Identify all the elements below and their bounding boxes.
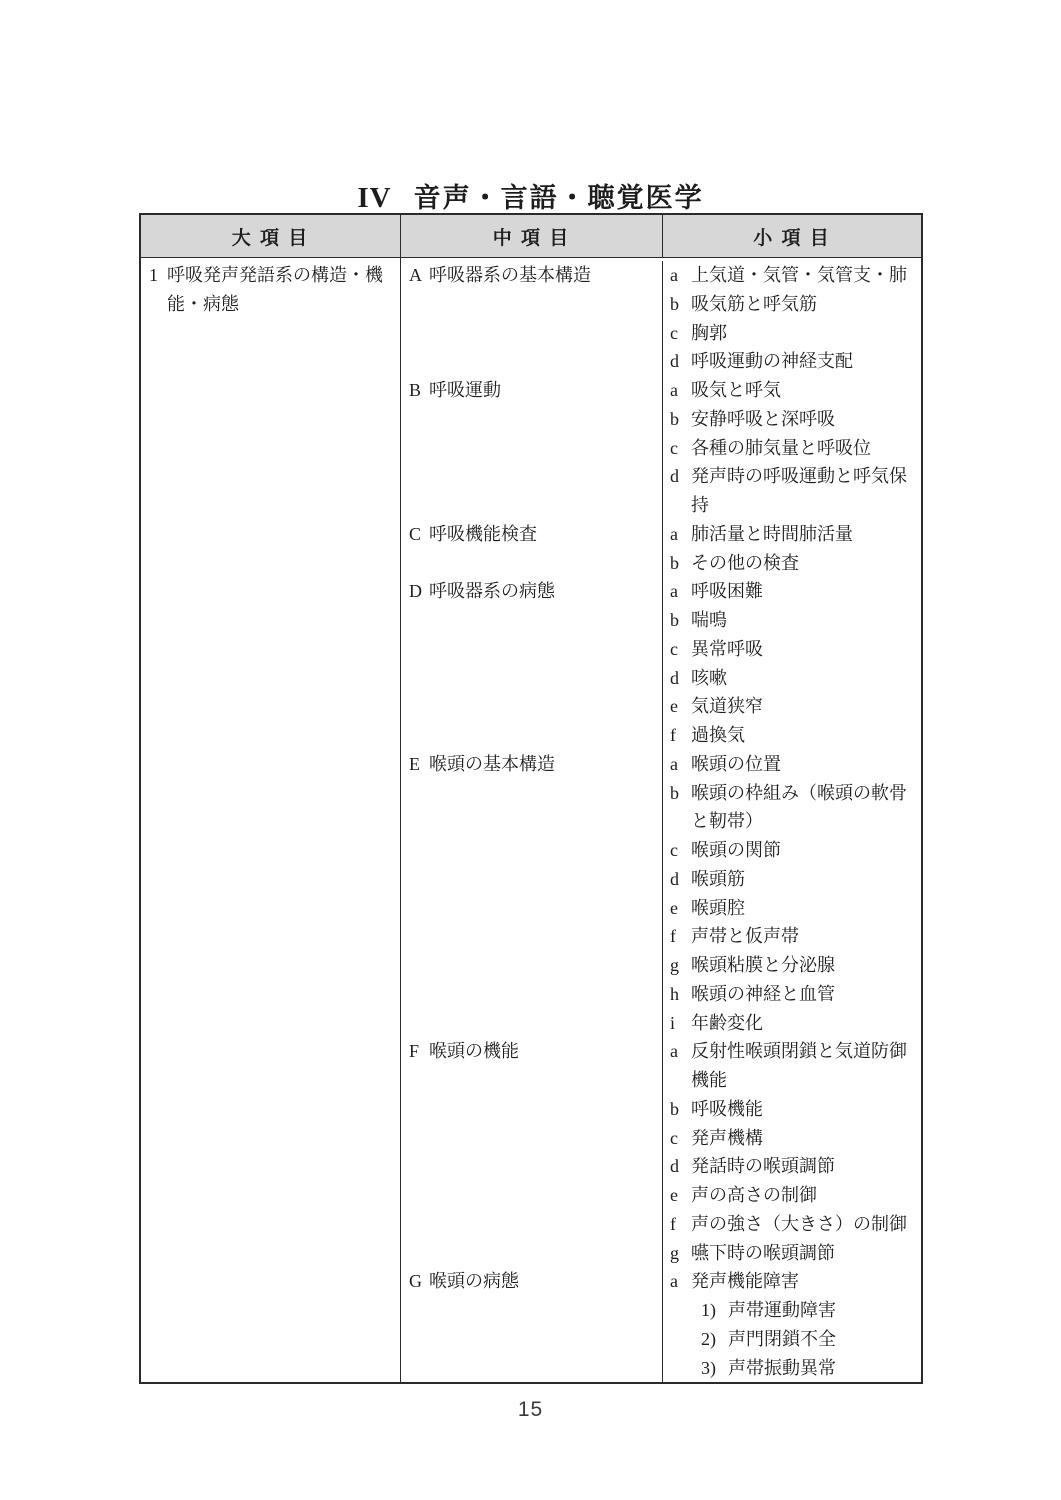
item-tag: g (670, 951, 691, 980)
item-text: 喉頭の関節 (691, 836, 781, 865)
middle-item-cell: A 呼吸器系の基本構造 (401, 261, 663, 376)
item-text: 気道狭窄 (691, 692, 763, 721)
group-E: E 喉頭の基本構造 a喉頭の位置 b喉頭の枠組み（喉頭の軟骨 と靭帯） c喉頭の… (401, 750, 921, 1038)
minor-item: e気道狭窄 (670, 692, 919, 721)
minor-item: a喉頭の位置 (670, 750, 919, 779)
item-text: 喉頭の神経と血管 (691, 980, 835, 1009)
item-text: 喉頭の枠組み（喉頭の軟骨 と靭帯） (691, 779, 907, 837)
item-tag: d (670, 865, 691, 894)
minor-item: c喉頭の関節 (670, 836, 919, 865)
minor-item: i年齢変化 (670, 1009, 919, 1038)
item-tag: c (670, 836, 691, 865)
middle-item-label: 喉頭の基本構造 (429, 750, 555, 779)
item-tag: e (670, 894, 691, 923)
minor-item-cell: a発声機能障害 1)声帯運動障害 2)声門閉鎖不全 3)声帯振動異常 (663, 1267, 921, 1382)
minor-item: a上気道・気管・気管支・肺 (670, 261, 919, 290)
item-text: 喘鳴 (691, 606, 727, 635)
item-tag: a (670, 1037, 691, 1095)
item-tag: f (670, 721, 691, 750)
group-A: A 呼吸器系の基本構造 a上気道・気管・気管支・肺 b吸気筋と呼気筋 c胸郭 d… (401, 261, 921, 376)
item-text: 喉頭粘膜と分泌腺 (691, 951, 835, 980)
minor-item: d発声時の呼吸運動と呼気保 持 (670, 462, 919, 520)
item-text: 呼吸困難 (691, 577, 763, 606)
item-tag: 2) (701, 1325, 728, 1354)
minor-subitem: 1)声帯運動障害 (701, 1296, 919, 1325)
item-text: 吸気筋と呼気筋 (691, 290, 817, 319)
item-tag: b (670, 1095, 691, 1124)
item-tag: 3) (701, 1354, 728, 1383)
item-text: 胸郭 (691, 319, 727, 348)
major-item-number: 1 (149, 261, 167, 319)
item-tag: e (670, 1181, 691, 1210)
middle-item: B 呼吸運動 (409, 376, 658, 405)
item-text: 肺活量と時間肺活量 (691, 520, 853, 549)
item-tag: a (670, 376, 691, 405)
item-tag: d (670, 1152, 691, 1181)
item-tag: c (670, 434, 691, 463)
minor-item: g喉頭粘膜と分泌腺 (670, 951, 919, 980)
item-text: 発声機能障害 (691, 1267, 799, 1296)
minor-item: d喉頭筋 (670, 865, 919, 894)
middle-item-label: 呼吸器系の基本構造 (429, 261, 591, 290)
item-tag: b (670, 405, 691, 434)
page-number: 15 (0, 1398, 1061, 1422)
minor-item-cell: a上気道・気管・気管支・肺 b吸気筋と呼気筋 c胸郭 d呼吸運動の神経支配 (663, 261, 921, 376)
minor-item: a吸気と呼気 (670, 376, 919, 405)
table-body: 1 呼吸発声発語系の構造・機 能・病態 A 呼吸器系の基本構造 a上気道・気管・… (141, 258, 921, 1382)
item-tag: d (670, 664, 691, 693)
minor-item: e喉頭腔 (670, 894, 919, 923)
minor-item: f声帯と仮声帯 (670, 922, 919, 951)
item-tag: a (670, 520, 691, 549)
minor-item: c各種の肺気量と呼吸位 (670, 434, 919, 463)
minor-item: b呼吸機能 (670, 1095, 919, 1124)
minor-item: f過換気 (670, 721, 919, 750)
middle-item: D 呼吸器系の病態 (409, 577, 658, 606)
header-middle: 中 項 目 (401, 215, 663, 257)
item-text: 異常呼吸 (691, 635, 763, 664)
item-text: 声帯振動異常 (728, 1354, 836, 1383)
header-major: 大 項 目 (141, 215, 401, 257)
middle-item-cell: C 呼吸機能検査 (401, 520, 663, 578)
minor-item: b喘鳴 (670, 606, 919, 635)
minor-item: bその他の検査 (670, 549, 919, 578)
minor-item: a肺活量と時間肺活量 (670, 520, 919, 549)
middle-item-label: 呼吸器系の病態 (429, 577, 555, 606)
group-list: A 呼吸器系の基本構造 a上気道・気管・気管支・肺 b吸気筋と呼気筋 c胸郭 d… (401, 258, 921, 1382)
item-tag: a (670, 261, 691, 290)
item-text: 呼吸機能 (691, 1095, 763, 1124)
minor-item: c発声機構 (670, 1124, 919, 1153)
group-G: G 喉頭の病態 a発声機能障害 1)声帯運動障害 2)声門閉鎖不全 3)声帯振動… (401, 1267, 921, 1382)
minor-item: b喉頭の枠組み（喉頭の軟骨 と靭帯） (670, 779, 919, 837)
item-text: 発声時の呼吸運動と呼気保 持 (691, 462, 907, 520)
minor-item-cell: a肺活量と時間肺活量 bその他の検査 (663, 520, 921, 578)
minor-item: h喉頭の神経と血管 (670, 980, 919, 1009)
item-tag: b (670, 549, 691, 578)
item-text: 呼吸運動の神経支配 (691, 347, 853, 376)
middle-item-cell: B 呼吸運動 (401, 376, 663, 520)
middle-item-cell: F 喉頭の機能 (401, 1037, 663, 1267)
middle-item: C 呼吸機能検査 (409, 520, 658, 549)
item-text: 安静呼吸と深呼吸 (691, 405, 835, 434)
item-text: 年齢変化 (691, 1009, 763, 1038)
major-item-label: 呼吸発声発語系の構造・機 能・病態 (167, 261, 383, 319)
item-tag: c (670, 319, 691, 348)
minor-item: f声の強さ（大きさ）の制御 (670, 1210, 919, 1239)
minor-item: d発話時の喉頭調節 (670, 1152, 919, 1181)
minor-item-cell: a呼吸困難 b喘鳴 c異常呼吸 d咳嗽 e気道狭窄 f過換気 (663, 577, 921, 750)
table-header-row: 大 項 目 中 項 目 小 項 目 (141, 215, 921, 258)
minor-item: c異常呼吸 (670, 635, 919, 664)
group-C: C 呼吸機能検査 a肺活量と時間肺活量 bその他の検査 (401, 520, 921, 578)
middle-item-tag: D (409, 577, 429, 606)
item-tag: f (670, 922, 691, 951)
group-D: D 呼吸器系の病態 a呼吸困難 b喘鳴 c異常呼吸 d咳嗽 e気道狭窄 f過換気 (401, 577, 921, 750)
minor-item-cell: a喉頭の位置 b喉頭の枠組み（喉頭の軟骨 と靭帯） c喉頭の関節 d喉頭筋 e喉… (663, 750, 921, 1038)
item-tag: h (670, 980, 691, 1009)
item-tag: b (670, 606, 691, 635)
minor-item-cell: a反射性喉頭閉鎖と気道防御 機能 b呼吸機能 c発声機構 d発話時の喉頭調節 e… (663, 1037, 921, 1267)
item-text: 喉頭の位置 (691, 750, 781, 779)
middle-item-label: 喉頭の病態 (429, 1267, 519, 1296)
item-text: 反射性喉頭閉鎖と気道防御 機能 (691, 1037, 907, 1095)
item-tag: c (670, 1124, 691, 1153)
curriculum-table: 大 項 目 中 項 目 小 項 目 1 呼吸発声発語系の構造・機 能・病態 A … (139, 213, 923, 1384)
major-item-cell: 1 呼吸発声発語系の構造・機 能・病態 (141, 258, 401, 1382)
middle-item-cell: E 喉頭の基本構造 (401, 750, 663, 1038)
item-tag: b (670, 779, 691, 837)
middle-item: G 喉頭の病態 (409, 1267, 658, 1296)
middle-item-tag: C (409, 520, 429, 549)
minor-item: b吸気筋と呼気筋 (670, 290, 919, 319)
minor-item: e声の高さの制御 (670, 1181, 919, 1210)
item-text: 声門閉鎖不全 (728, 1325, 836, 1354)
major-item: 1 呼吸発声発語系の構造・機 能・病態 (149, 261, 396, 319)
item-text: 声の強さ（大きさ）の制御 (691, 1210, 907, 1239)
item-tag: a (670, 1267, 691, 1296)
middle-item-cell: G 喉頭の病態 (401, 1267, 663, 1382)
title-numeral: IV (357, 182, 391, 214)
item-text: 発声機構 (691, 1124, 763, 1153)
item-text: 吸気と呼気 (691, 376, 781, 405)
item-tag: f (670, 1210, 691, 1239)
page-title: IV音声・言語・聴覚医学 (0, 176, 1061, 215)
item-text: 喉頭腔 (691, 894, 745, 923)
middle-item-tag: G (409, 1267, 429, 1296)
item-text: 喉頭筋 (691, 865, 745, 894)
minor-item: a反射性喉頭閉鎖と気道防御 機能 (670, 1037, 919, 1095)
item-tag: d (670, 462, 691, 520)
minor-item: a発声機能障害 (670, 1267, 919, 1296)
middle-item-tag: E (409, 750, 429, 779)
middle-item-cell: D 呼吸器系の病態 (401, 577, 663, 750)
minor-item: b安静呼吸と深呼吸 (670, 405, 919, 434)
item-text: 咳嗽 (691, 664, 727, 693)
group-B: B 呼吸運動 a吸気と呼気 b安静呼吸と深呼吸 c各種の肺気量と呼吸位 d発声時… (401, 376, 921, 520)
document-page: IV音声・言語・聴覚医学 大 項 目 中 項 目 小 項 目 1 呼吸発声発語系… (0, 0, 1061, 1500)
middle-item-tag: F (409, 1037, 429, 1066)
item-text: 発話時の喉頭調節 (691, 1152, 835, 1181)
item-tag: i (670, 1009, 691, 1038)
item-text: 嚥下時の喉頭調節 (691, 1239, 835, 1268)
middle-item-tag: A (409, 261, 429, 290)
header-minor: 小 項 目 (663, 215, 921, 257)
item-text: 過換気 (691, 721, 745, 750)
minor-subitem: 3)声帯振動異常 (701, 1354, 919, 1383)
item-text: 上気道・気管・気管支・肺 (691, 261, 907, 290)
minor-item: a呼吸困難 (670, 577, 919, 606)
item-tag: b (670, 290, 691, 319)
item-tag: d (670, 347, 691, 376)
middle-item-label: 呼吸運動 (429, 376, 501, 405)
group-F: F 喉頭の機能 a反射性喉頭閉鎖と気道防御 機能 b呼吸機能 c発声機構 d発話… (401, 1037, 921, 1267)
item-tag: g (670, 1239, 691, 1268)
title-text: 音声・言語・聴覚医学 (414, 183, 704, 213)
middle-item-label: 喉頭の機能 (429, 1037, 519, 1066)
minor-item: g嚥下時の喉頭調節 (670, 1239, 919, 1268)
middle-item: A 呼吸器系の基本構造 (409, 261, 658, 290)
item-tag: a (670, 577, 691, 606)
minor-item: d呼吸運動の神経支配 (670, 347, 919, 376)
minor-item-cell: a吸気と呼気 b安静呼吸と深呼吸 c各種の肺気量と呼吸位 d発声時の呼吸運動と呼… (663, 376, 921, 520)
item-text: 声帯運動障害 (728, 1296, 836, 1325)
minor-item: c胸郭 (670, 319, 919, 348)
middle-item-tag: B (409, 376, 429, 405)
item-tag: e (670, 692, 691, 721)
middle-item: F 喉頭の機能 (409, 1037, 658, 1066)
item-text: 声の高さの制御 (691, 1181, 817, 1210)
item-text: 声帯と仮声帯 (691, 922, 799, 951)
item-tag: a (670, 750, 691, 779)
item-text: 各種の肺気量と呼吸位 (691, 434, 871, 463)
middle-item: E 喉頭の基本構造 (409, 750, 658, 779)
minor-subitem: 2)声門閉鎖不全 (701, 1325, 919, 1354)
item-tag: 1) (701, 1296, 728, 1325)
item-tag: c (670, 635, 691, 664)
middle-item-label: 呼吸機能検査 (429, 520, 537, 549)
minor-item: d咳嗽 (670, 664, 919, 693)
item-text: その他の検査 (691, 549, 799, 578)
